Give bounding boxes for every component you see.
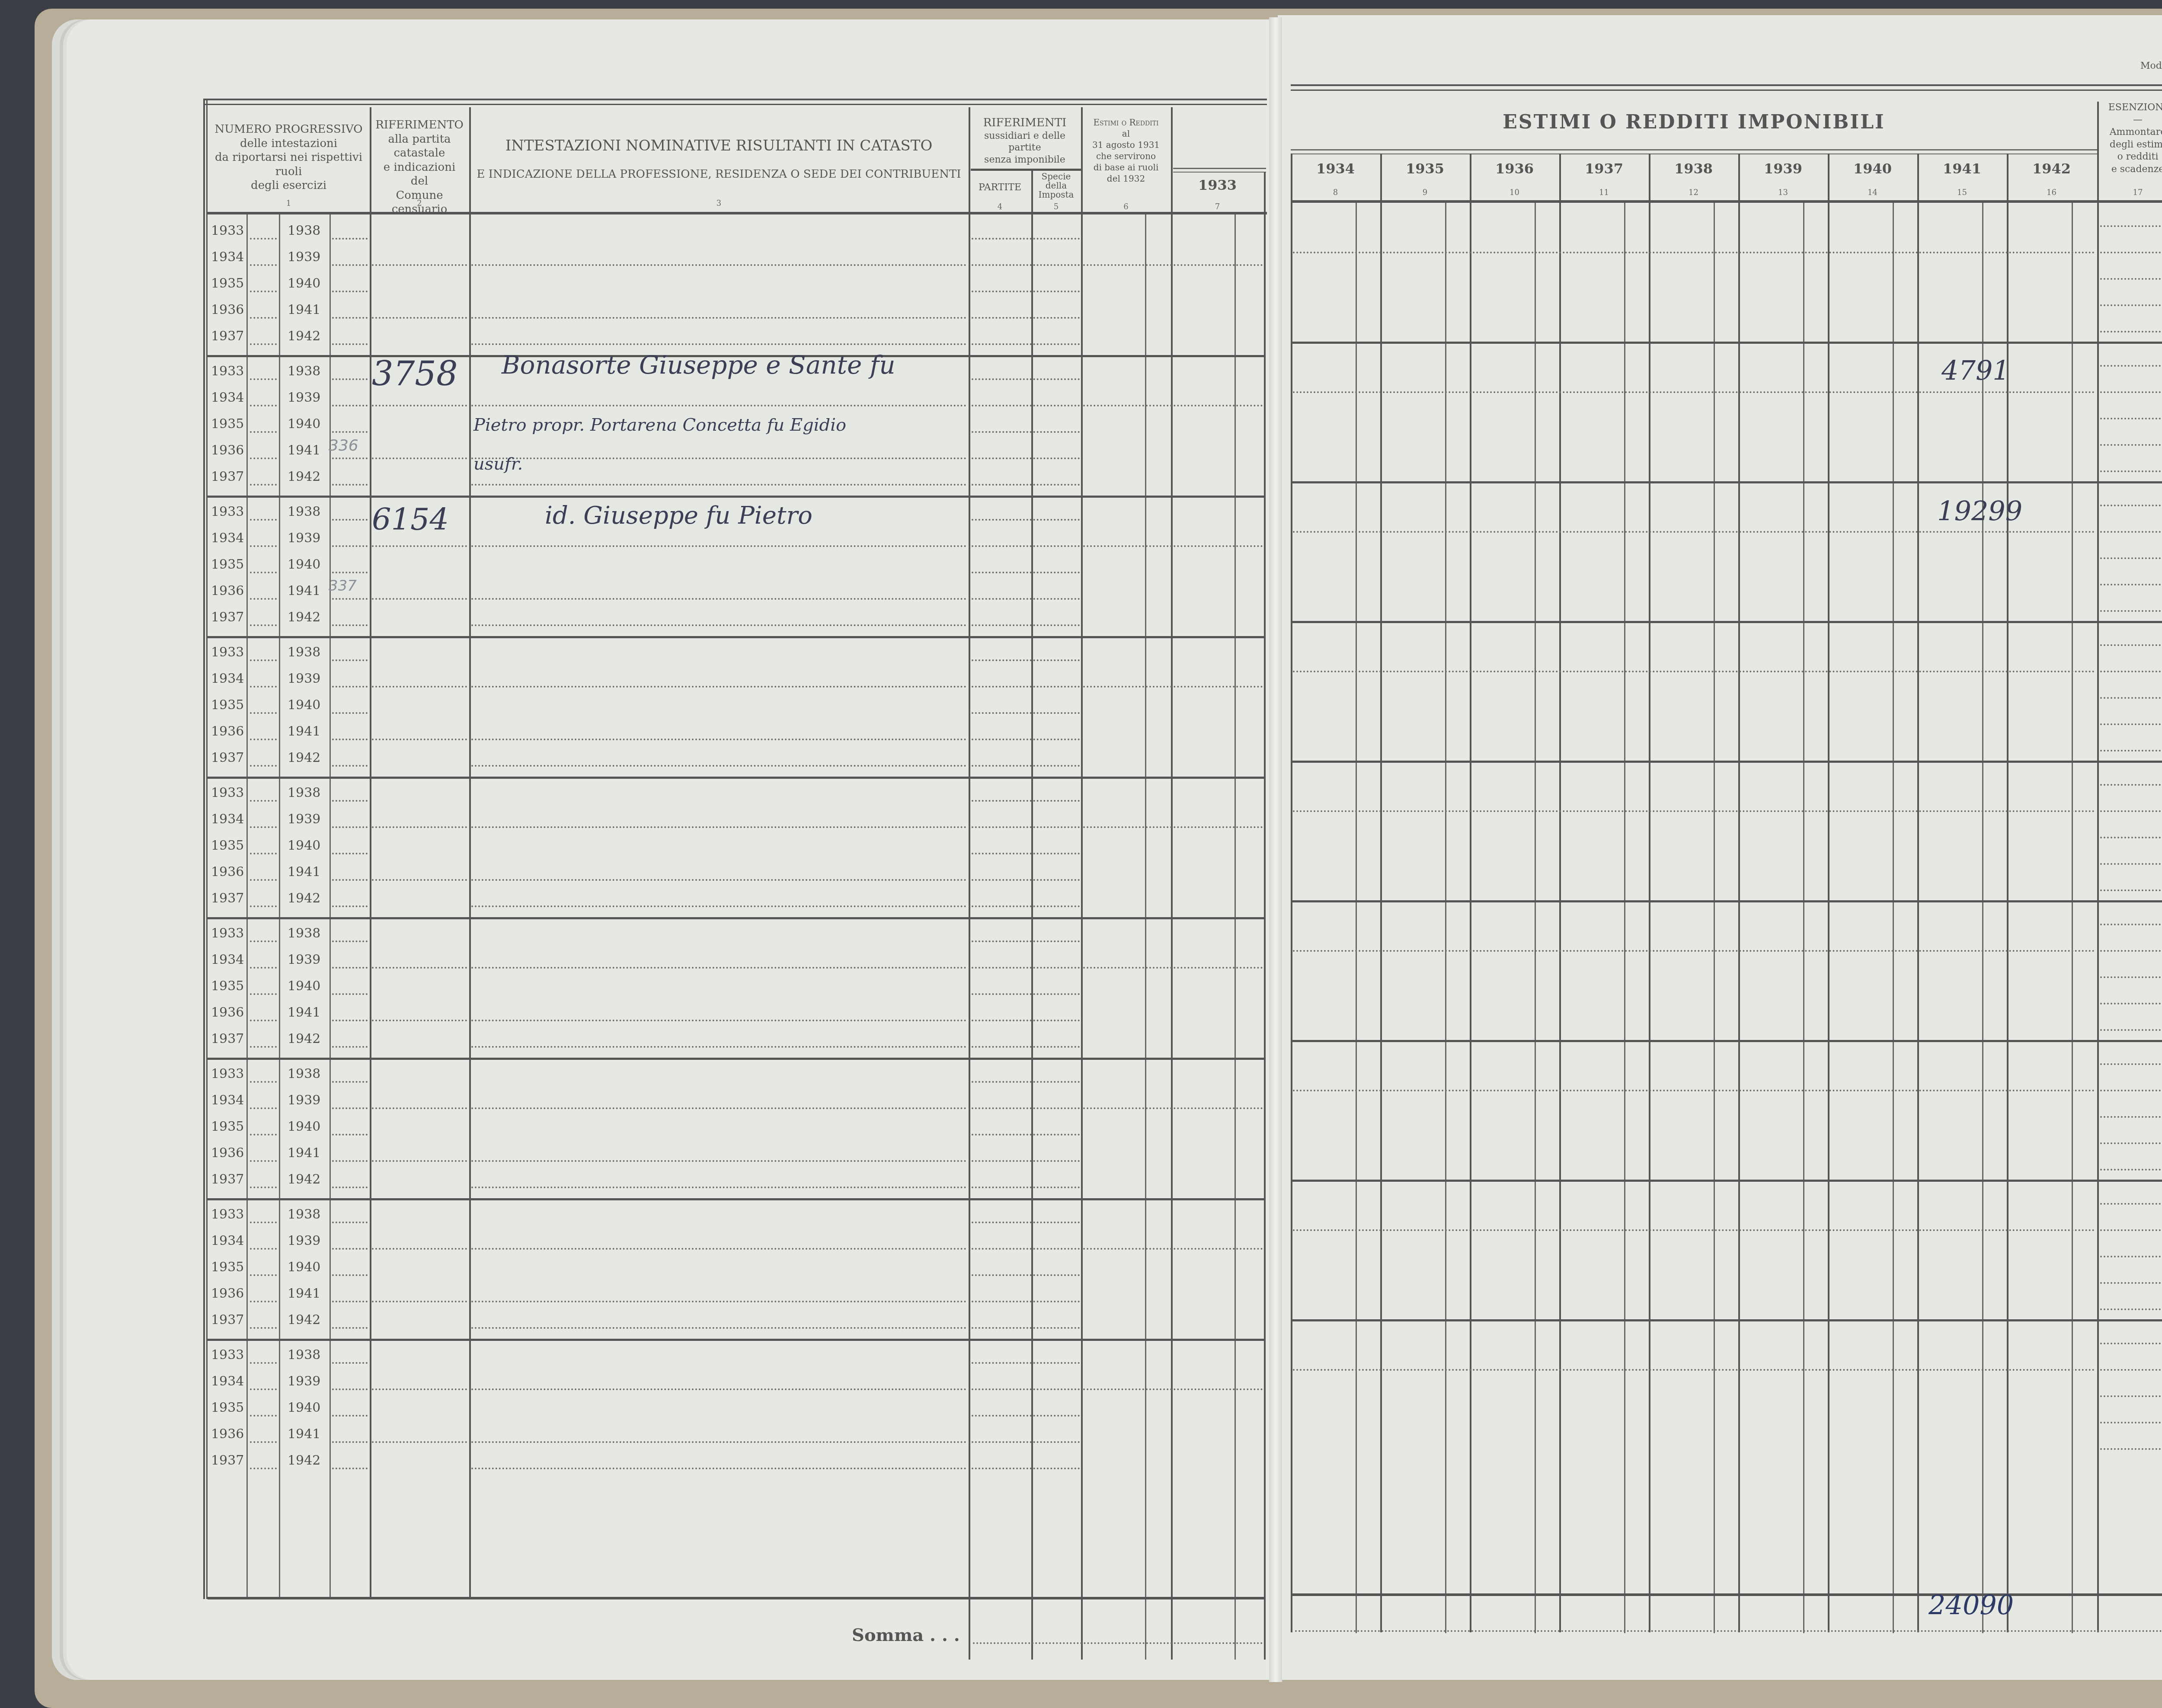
top-border	[1291, 84, 2162, 91]
col6-line: del 1932	[1081, 173, 1171, 184]
value-1941: 19299	[1937, 495, 2022, 527]
dotted-line	[332, 1081, 368, 1083]
dotted-line	[250, 519, 277, 521]
year-a: 1935	[211, 697, 244, 713]
dotted-line	[972, 1327, 1080, 1329]
dotted-line	[972, 405, 1080, 406]
dotted-line	[332, 1468, 368, 1469]
group-divider	[1291, 900, 2162, 902]
dotted-line	[250, 624, 277, 626]
somma-dotted	[973, 1642, 1263, 1644]
dotted-line	[250, 765, 277, 767]
dotted-line	[2100, 1116, 2162, 1118]
dotted-line	[1083, 264, 1263, 266]
cent: 90	[1980, 1589, 2014, 1621]
dotted-line	[972, 1362, 1080, 1364]
year-a: 1933	[211, 223, 244, 238]
left-border	[203, 99, 208, 1599]
dotted-line	[250, 1415, 277, 1417]
dotted-line	[332, 659, 368, 661]
dotted-line	[2100, 331, 2162, 333]
dotted-line	[471, 967, 966, 969]
dotted-line	[372, 545, 467, 547]
dotted-line	[332, 739, 368, 740]
dotted-line	[332, 1327, 368, 1329]
dotted-line	[972, 624, 1080, 626]
dotted-line	[972, 484, 1080, 486]
col17-number: 17	[2098, 188, 2162, 197]
dotted-line	[250, 1187, 277, 1188]
dotted-line	[332, 940, 368, 942]
year-b: 1938	[288, 1207, 320, 1222]
year-col-number: 16	[2007, 188, 2096, 197]
dotted-line	[972, 1441, 1080, 1443]
group-divider	[1291, 342, 2162, 344]
dotted-line	[2100, 1422, 2162, 1423]
col2-title: RIFERIMENTO	[370, 118, 469, 132]
year-b: 1941	[288, 1286, 320, 1301]
dotted-line	[972, 264, 1080, 266]
dotted-line	[972, 457, 1080, 459]
dotted-line	[972, 905, 1080, 907]
col-divider	[1291, 154, 1292, 1632]
dotted-line	[332, 1187, 368, 1188]
group-divider	[1291, 1180, 2162, 1182]
dotted-line	[2100, 584, 2162, 585]
year-col-number: 12	[1649, 188, 1738, 197]
year-a: 1937	[211, 329, 244, 344]
year-b: 1942	[288, 891, 320, 906]
dotted-line	[972, 1388, 1080, 1390]
somma-label: Somma . . .	[852, 1625, 960, 1645]
dotted-line	[332, 238, 368, 240]
group-divider	[208, 1058, 1265, 1060]
dotted-line	[972, 940, 1080, 942]
dotted-line	[972, 1134, 1080, 1135]
dotted-line	[332, 1160, 368, 1162]
dotted-line	[332, 1020, 368, 1021]
col7-double-line	[1173, 168, 1266, 173]
year-a: 1936	[211, 1145, 244, 1161]
dotted-line	[471, 264, 966, 266]
year-col-number: 11	[1559, 188, 1649, 197]
dotted-line	[250, 967, 277, 969]
col-divider	[1649, 154, 1650, 1632]
dotted-line	[332, 800, 368, 802]
col-divider	[1559, 154, 1561, 1632]
year-b: 1938	[288, 223, 320, 238]
dotted-line	[471, 1301, 966, 1302]
col1-line: delle intestazioni	[208, 137, 370, 151]
year-b: 1941	[288, 583, 320, 598]
year-a: 1934	[211, 1374, 244, 1389]
dotted-line	[332, 826, 368, 828]
group-divider	[208, 1198, 1265, 1200]
dotted-line	[332, 291, 368, 292]
dotted-line	[332, 317, 368, 319]
col-divider	[1171, 107, 1173, 1660]
dotted-line	[972, 598, 1080, 600]
dotted-line	[972, 659, 1080, 661]
col6-number: 6	[1081, 202, 1171, 211]
year-a: 1933	[211, 1066, 244, 1081]
col6-line: che servirono	[1081, 150, 1171, 162]
year-col-number: 14	[1828, 188, 1917, 197]
dotted-line	[1083, 686, 1263, 688]
col4-label: PARTITE	[969, 176, 1031, 194]
year-b: 1939	[288, 952, 320, 967]
col45-divider	[971, 169, 1081, 171]
lire: 47	[1941, 355, 1976, 386]
group-divider	[208, 496, 1265, 498]
col-divider	[1828, 154, 1829, 1632]
group-divider	[208, 917, 1265, 919]
dotted-line	[332, 879, 368, 881]
dotted-line	[471, 879, 966, 881]
year-a: 1934	[211, 390, 244, 405]
dotted-line	[332, 1362, 368, 1364]
col1-title: NUMERO PROGRESSIVO	[208, 122, 370, 137]
dotted-line	[1083, 545, 1263, 547]
year-header: 1941	[1917, 160, 2007, 177]
dotted-line	[471, 905, 966, 907]
year-b: 1941	[288, 1427, 320, 1442]
somma-1941: 24090	[1929, 1589, 2014, 1621]
year-b: 1939	[288, 1233, 320, 1248]
col-divider	[1380, 154, 1382, 1632]
dotted-line	[2100, 1448, 2162, 1450]
dotted-line	[250, 686, 277, 688]
dotted-line	[250, 993, 277, 995]
year-b: 1940	[288, 1400, 320, 1415]
dotted-line	[2100, 1063, 2162, 1065]
year-col-number: 10	[1470, 188, 1559, 197]
dotted-line	[1083, 1248, 1263, 1250]
col6-header: Estimi o Redditi al 31 agosto 1931 che s…	[1081, 117, 1171, 184]
dotted-line	[2100, 837, 2162, 838]
dotted-line	[250, 1327, 277, 1329]
dotted-line	[372, 739, 467, 740]
year-b: 1939	[288, 1374, 320, 1389]
dotted-line	[372, 264, 467, 266]
dotted-line	[332, 1134, 368, 1135]
year-a: 1934	[211, 531, 244, 546]
header-bottom-line	[208, 212, 1267, 214]
year-a: 1937	[211, 1031, 244, 1046]
group-divider	[1291, 761, 2162, 763]
dotted-line	[372, 1301, 467, 1302]
col-divider	[969, 107, 970, 1660]
year-a: 1933	[211, 364, 244, 379]
year-b: 1939	[288, 1093, 320, 1108]
cent-subdivider	[1893, 202, 1894, 1633]
year-b: 1941	[288, 864, 320, 880]
group-divider	[1291, 1319, 2162, 1321]
year-b: 1939	[288, 671, 320, 686]
dotted-line	[471, 1160, 966, 1162]
year-b: 1942	[288, 469, 320, 484]
dotted-line	[972, 545, 1080, 547]
dotted-line	[372, 826, 467, 828]
cent-subdivider	[1535, 202, 1536, 1633]
year-b: 1940	[288, 697, 320, 713]
dotted-line	[332, 967, 368, 969]
group-divider	[208, 1339, 1265, 1341]
header-bottom-line	[1291, 200, 2162, 203]
entry-name-line: Bonasorte Giuseppe e Sante fu	[502, 350, 896, 380]
col-divider	[1081, 107, 1083, 1660]
col-divider	[469, 107, 471, 1599]
dotted-line	[471, 1441, 966, 1443]
dotted-line	[471, 1468, 966, 1469]
year-col-number: 8	[1291, 188, 1380, 197]
dotted-line	[332, 1301, 368, 1302]
dotted-line	[250, 1274, 277, 1276]
dotted-line	[332, 378, 368, 380]
dotted-line	[2100, 1256, 2162, 1257]
form-id: Mod. 111 - Imposte Dirette (Intercalare)…	[2140, 61, 2162, 71]
dotted-line	[250, 378, 277, 380]
year-header: 1937	[1559, 160, 1649, 177]
col6-subdivider	[1145, 214, 1146, 1660]
year-a: 1935	[211, 1119, 244, 1134]
year-a: 1936	[211, 302, 244, 317]
col-divider	[1264, 172, 1266, 1660]
col1-line: degli esercizi	[208, 179, 370, 193]
dotted-line	[2100, 1090, 2162, 1091]
col6-title: Estimi o Redditi	[1081, 117, 1171, 128]
col6-line: di base ai ruoli	[1081, 162, 1171, 173]
year-b: 1942	[288, 1312, 320, 1327]
year-a: 1933	[211, 785, 244, 800]
year-b: 1940	[288, 557, 320, 572]
left-ledger-table: NUMERO PROGRESSIVO delle intestazioni da…	[203, 99, 1267, 1660]
year-header: 1939	[1738, 160, 1828, 177]
col-divider	[1738, 154, 1740, 1632]
dotted-line	[972, 1274, 1080, 1276]
dotted-line	[2100, 304, 2162, 306]
dotted-line	[250, 905, 277, 907]
dotted-line	[471, 765, 966, 767]
dotted-line	[250, 1107, 277, 1109]
dotted-line	[332, 484, 368, 486]
year-header: 1940	[1828, 160, 1917, 177]
dotted-line	[250, 1020, 277, 1021]
dotted-line	[471, 545, 966, 547]
dotted-line	[972, 378, 1080, 380]
dotted-line	[2100, 225, 2162, 227]
year-b: 1938	[288, 504, 320, 519]
dotted-line	[972, 238, 1080, 240]
year-b: 1940	[288, 416, 320, 432]
year-b: 1938	[288, 645, 320, 660]
top-border	[203, 99, 1267, 105]
dotted-line	[372, 1020, 467, 1021]
dotted-line	[250, 1441, 277, 1443]
col7-year: 1933	[1171, 176, 1264, 194]
dotted-line	[2100, 391, 2162, 393]
year-a: 1937	[211, 469, 244, 484]
year-b: 1938	[288, 364, 320, 379]
year-a: 1937	[211, 610, 244, 625]
dotted-line	[2100, 444, 2162, 446]
dotted-line	[2100, 1395, 2162, 1397]
dotted-line	[471, 1020, 966, 1021]
dotted-line	[250, 1301, 277, 1302]
year-b: 1942	[288, 1031, 320, 1046]
dotted-line	[250, 659, 277, 661]
year-a: 1936	[211, 1286, 244, 1301]
dotted-line	[1293, 1229, 2095, 1231]
year-b: 1940	[288, 1260, 320, 1275]
dotted-line	[471, 1327, 966, 1329]
dotted-line	[332, 1248, 368, 1250]
dotted-line	[332, 905, 368, 907]
dotted-line	[972, 1222, 1080, 1223]
cent-subdivider	[1356, 202, 1357, 1633]
dotted-line	[250, 317, 277, 319]
col7-number: 7	[1171, 202, 1264, 211]
dotted-line	[972, 1020, 1080, 1021]
dotted-line	[250, 853, 277, 854]
dotted-line	[372, 317, 467, 319]
year-a: 1935	[211, 1400, 244, 1415]
dotted-line	[250, 291, 277, 292]
entry-name-line: usufr.	[473, 454, 523, 474]
year-a: 1937	[211, 1453, 244, 1468]
dotted-line	[332, 1388, 368, 1390]
dotted-line	[972, 826, 1080, 828]
year-a: 1933	[211, 645, 244, 660]
year-header: 1935	[1380, 160, 1470, 177]
year-a: 1936	[211, 864, 244, 880]
col5-label: Specie della Imposta	[1031, 172, 1081, 199]
entry-name-line: Pietro propr. Portarena Concetta fu Egid…	[473, 415, 846, 435]
esenzioni-line: o redditi	[2098, 151, 2162, 163]
dotted-line	[972, 967, 1080, 969]
col45-header: RIFERIMENTI sussidiari e delle partite s…	[969, 116, 1081, 166]
year-b: 1942	[288, 1172, 320, 1187]
dotted-line	[2100, 278, 2162, 280]
dotted-line	[372, 405, 467, 406]
dotted-line	[250, 1046, 277, 1048]
dotted-line	[2100, 252, 2162, 253]
year-a: 1934	[211, 812, 244, 827]
year-b: 1939	[288, 531, 320, 546]
dotted-line	[2100, 697, 2162, 699]
year-b: 1942	[288, 329, 320, 344]
dotted-line	[1083, 405, 1263, 406]
year-header: 1938	[1649, 160, 1738, 177]
dotted-line	[2100, 950, 2162, 952]
year-b: 1940	[288, 276, 320, 291]
year-a: 1933	[211, 504, 244, 519]
dotted-line	[972, 739, 1080, 740]
col6-line: al	[1081, 128, 1171, 139]
esenzioni-title: ESENZIONI	[2098, 102, 2162, 114]
dotted-line	[1293, 671, 2095, 672]
dotted-line	[1293, 1090, 2095, 1091]
dotted-line	[250, 457, 277, 459]
dotted-line	[972, 993, 1080, 995]
dotted-line	[2100, 1142, 2162, 1144]
lire: 192	[1937, 495, 1988, 527]
year-a: 1934	[211, 249, 244, 265]
year-b: 1941	[288, 1145, 320, 1161]
dotted-line	[972, 519, 1080, 521]
year-b: 1941	[288, 302, 320, 317]
dotted-line	[250, 1388, 277, 1390]
dotted-line	[2100, 470, 2162, 472]
dotted-line	[372, 1160, 467, 1162]
col1-subdivider	[329, 214, 331, 1599]
dotted-line	[250, 431, 277, 433]
side-number: 337	[329, 577, 357, 595]
dotted-line	[250, 1248, 277, 1250]
year-b: 1939	[288, 812, 320, 827]
col-divider	[370, 107, 371, 1599]
dotted-line	[2100, 644, 2162, 646]
col3-subtitle: E INDICAZIONE DELLA PROFESSIONE, RESIDEN…	[469, 167, 969, 182]
col1-number: 1	[208, 199, 370, 208]
value-1941: 4791	[1941, 355, 2010, 386]
year-b: 1938	[288, 785, 320, 800]
dotted-line	[250, 264, 277, 266]
year-b: 1940	[288, 838, 320, 853]
dotted-line	[332, 1415, 368, 1417]
dotted-line	[250, 879, 277, 881]
dotted-line	[2100, 418, 2162, 419]
dotted-line	[2100, 1369, 2162, 1371]
dotted-line	[250, 940, 277, 942]
dotted-line	[2100, 863, 2162, 865]
dotted-line	[2100, 1229, 2162, 1231]
dotted-line	[1293, 252, 2095, 253]
dotted-line	[1293, 950, 2095, 952]
dotted-line	[471, 405, 966, 406]
year-b: 1938	[288, 1066, 320, 1081]
cent: 91	[1976, 355, 2010, 386]
dotted-line	[250, 1160, 277, 1162]
dotted-line	[2100, 784, 2162, 786]
year-col-number: 15	[1917, 188, 2007, 197]
estimi-title: ESTIMI O REDDITI IMPONIBILI	[1291, 110, 2097, 134]
dotted-line	[250, 343, 277, 345]
dotted-line	[2100, 1203, 2162, 1205]
dotted-line	[2100, 1282, 2162, 1284]
dotted-line	[2100, 1003, 2162, 1004]
year-b: 1942	[288, 610, 320, 625]
dotted-line	[250, 800, 277, 802]
dotted-line	[332, 1274, 368, 1276]
cent-subdivider	[1714, 202, 1715, 1633]
dotted-line	[332, 343, 368, 345]
dotted-line	[372, 1388, 467, 1390]
year-a: 1937	[211, 1312, 244, 1327]
cent-subdivider	[1445, 202, 1446, 1633]
dotted-line	[972, 1301, 1080, 1302]
dotted-line	[2100, 976, 2162, 978]
year-a: 1935	[211, 416, 244, 432]
dotted-line	[250, 598, 277, 600]
dotted-line	[332, 598, 368, 600]
col2-line: del	[370, 174, 469, 189]
dotted-line	[972, 291, 1080, 292]
dotted-line	[2100, 365, 2162, 367]
group-divider	[1291, 621, 2162, 623]
col2-number: 2	[370, 199, 469, 208]
dotted-line	[2100, 671, 2162, 672]
